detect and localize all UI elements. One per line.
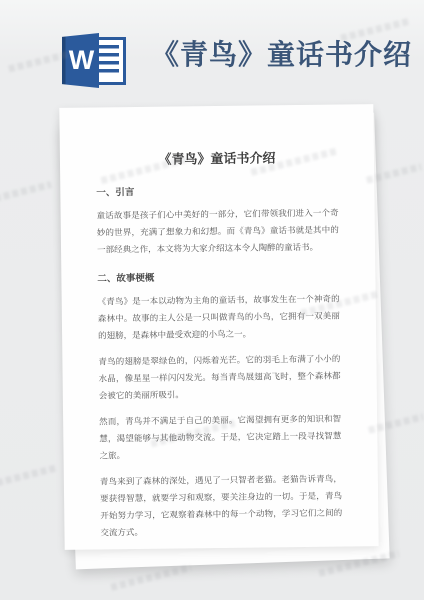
- watermark-smudge: [110, 564, 191, 591]
- page-background: W 《青鸟》童话书介绍 《青鸟》童话书介绍 一、引言 童话故事是孩子们心中美好的…: [0, 0, 424, 600]
- section-heading-synopsis: 二、故事梗概: [97, 268, 339, 285]
- paragraph: 然而，青鸟并不满足于自己的美丽。它渴望拥有更多的知识和智慧，渴望能够与其他动物交…: [99, 411, 342, 465]
- watermark-smudge: [0, 465, 56, 486]
- paragraph: 青鸟的翅膀是翠绿色的，闪烁着光芒。它的羽毛上布满了小小的水晶，像星星一样闪闪发光…: [98, 351, 341, 405]
- paragraph: 《青鸟》是一本以动物为主角的童话书，故事发生在一个神奇的森林中。故事的主人公是一…: [98, 291, 341, 345]
- word-letter-w: W: [67, 47, 94, 74]
- header: W 《青鸟》童话书介绍: [0, 0, 424, 100]
- page-title: 《青鸟》童话书介绍: [151, 42, 412, 70]
- word-document-lines: [99, 45, 119, 77]
- paragraph: 青鸟来到了森林的深处，遇见了一只智者老猫。老猫告诉青鸟，要获得智慧，就要学习和观…: [100, 471, 343, 542]
- paper-sheet-front: 《青鸟》童话书介绍 一、引言 童话故事是孩子们心中美好的一部分，它们带领我们进入…: [59, 104, 378, 550]
- document-content: 《青鸟》童话书介绍 一、引言 童话故事是孩子们心中美好的一部分，它们带领我们进入…: [59, 104, 378, 550]
- document-title: 《青鸟》童话书介绍: [96, 147, 338, 169]
- section-heading-intro: 一、引言: [96, 182, 338, 199]
- word-cover: W: [62, 33, 99, 88]
- watermark-smudge: [0, 181, 52, 202]
- paragraph: 童话故事是孩子们心中美好的一部分，它们带领我们进入一个奇妙的世界，充满了想象力和…: [97, 205, 340, 259]
- word-icon: W: [62, 33, 128, 88]
